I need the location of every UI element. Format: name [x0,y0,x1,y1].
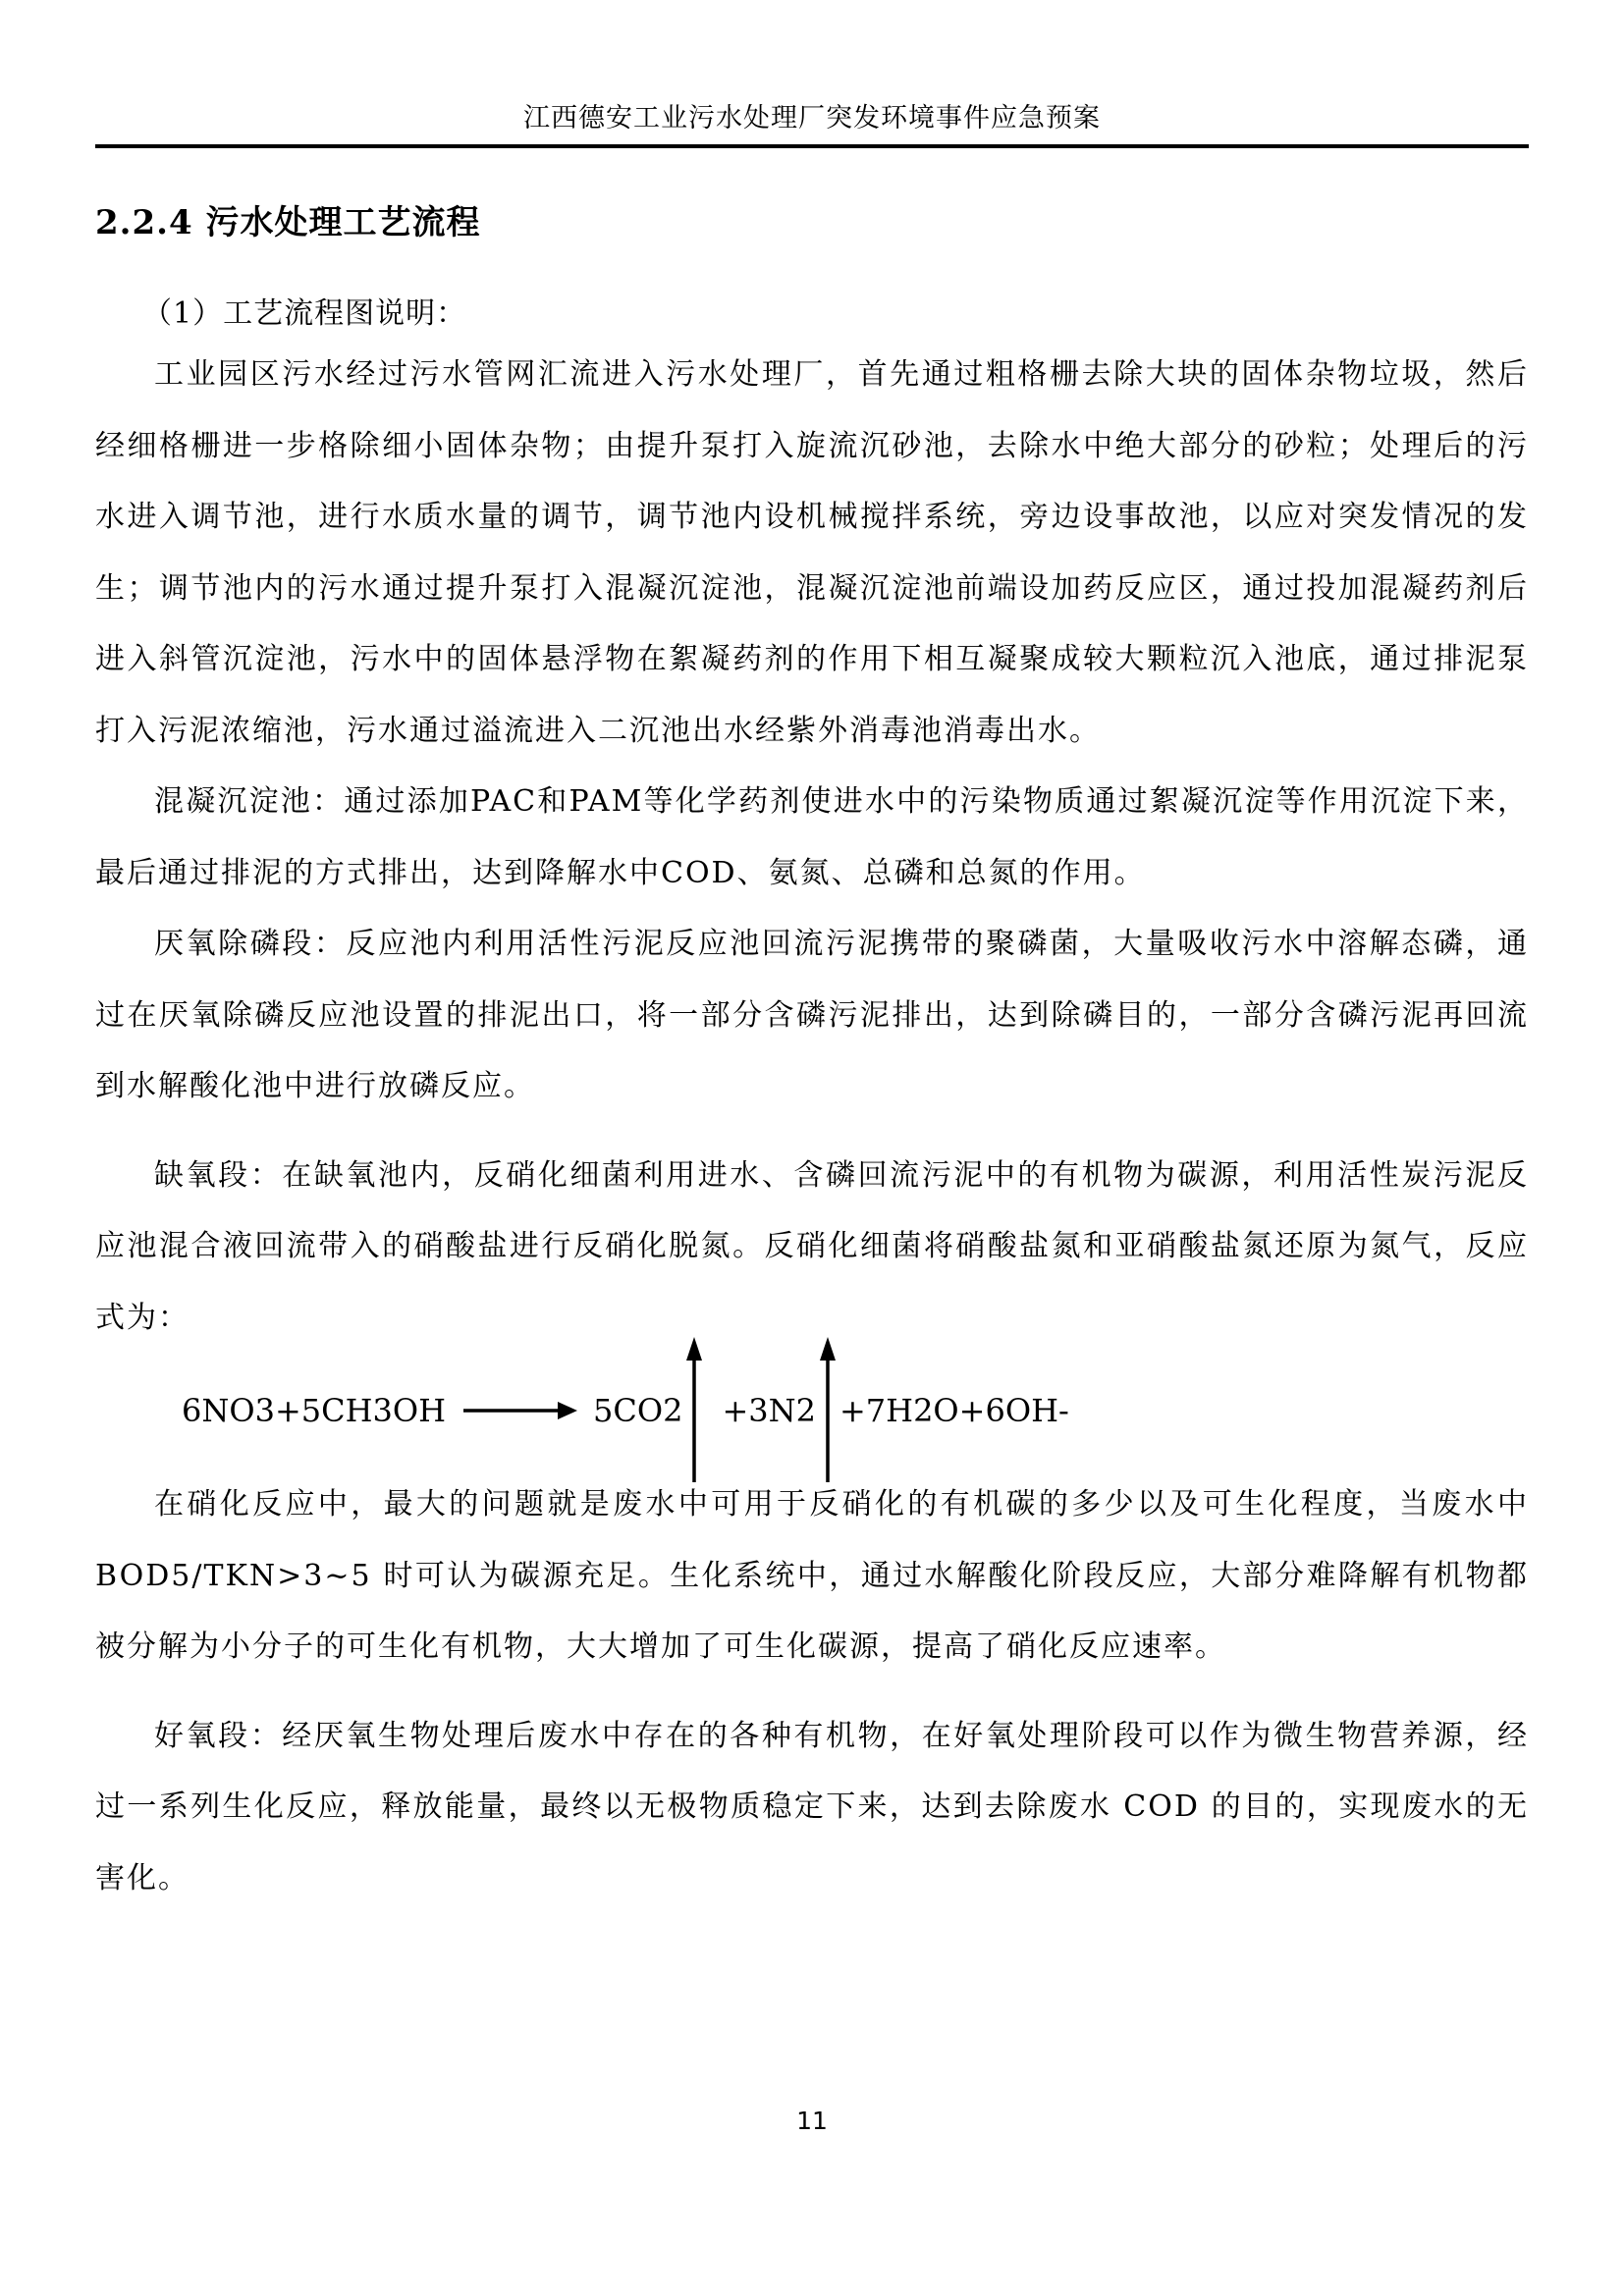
page-content: 2.2.4 污水处理工艺流程 （1）工艺流程图说明： 工业园区污水经过污水管网汇… [95,195,1529,1914]
up-arrow-icon [816,1337,839,1484]
page-header-title: 江西德安工业污水处理厂突发环境事件应急预案 [0,0,1624,135]
process-flow-label: （1）工艺流程图说明： [95,289,1529,332]
paragraph-process-overview: 工业园区污水经过污水管网汇流进入污水处理厂，首先通过粗格栅去除大块的固体杂物垃圾… [95,340,1529,767]
equation-tail-term: +7H2O+6OH- [839,1392,1069,1429]
paragraph-anoxic-stage: 缺氧段：在缺氧池内，反硝化细菌利用进水、含磷回流污泥中的有机物为碳源，利用活性炭… [95,1141,1529,1355]
up-arrow-icon [682,1337,706,1484]
equation-n2-term: +3N2 [722,1392,816,1429]
right-arrow-icon [461,1398,577,1423]
document-page: 江西德安工业污水处理厂突发环境事件应急预案 2.2.4 污水处理工艺流程 （1）… [0,0,1624,2296]
paragraph-anaerobic-phosphorus: 厌氧除磷段：反应池内利用活性污泥反应池回流污泥携带的聚磷菌，大量吸收污水中溶解态… [95,909,1529,1123]
page-number: 11 [0,2107,1624,2135]
section-heading: 2.2.4 污水处理工艺流程 [95,195,1529,243]
equation-lhs: 6NO3+5CH3OH [182,1392,446,1429]
header-divider [95,144,1529,148]
paragraph-nitrification: 在硝化反应中，最大的问题就是废水中可用于反硝化的有机碳的多少以及可生化程度，当废… [95,1469,1529,1683]
equation-co2-term: 5CO2 [593,1392,682,1429]
paragraph-aerobic-stage: 好氧段：经厌氧生物处理后废水中存在的各种有机物，在好氧处理阶段可以作为微生物营养… [95,1701,1529,1915]
paragraph-coagulation-tank: 混凝沉淀池：通过添加PAC和PAM等化学药剂使进水中的污染物质通过絮凝沉淀等作用… [95,767,1529,909]
chemical-equation: 6NO3+5CH3OH 5CO2 +3N2 +7H2O+6OH- [95,1369,1529,1452]
